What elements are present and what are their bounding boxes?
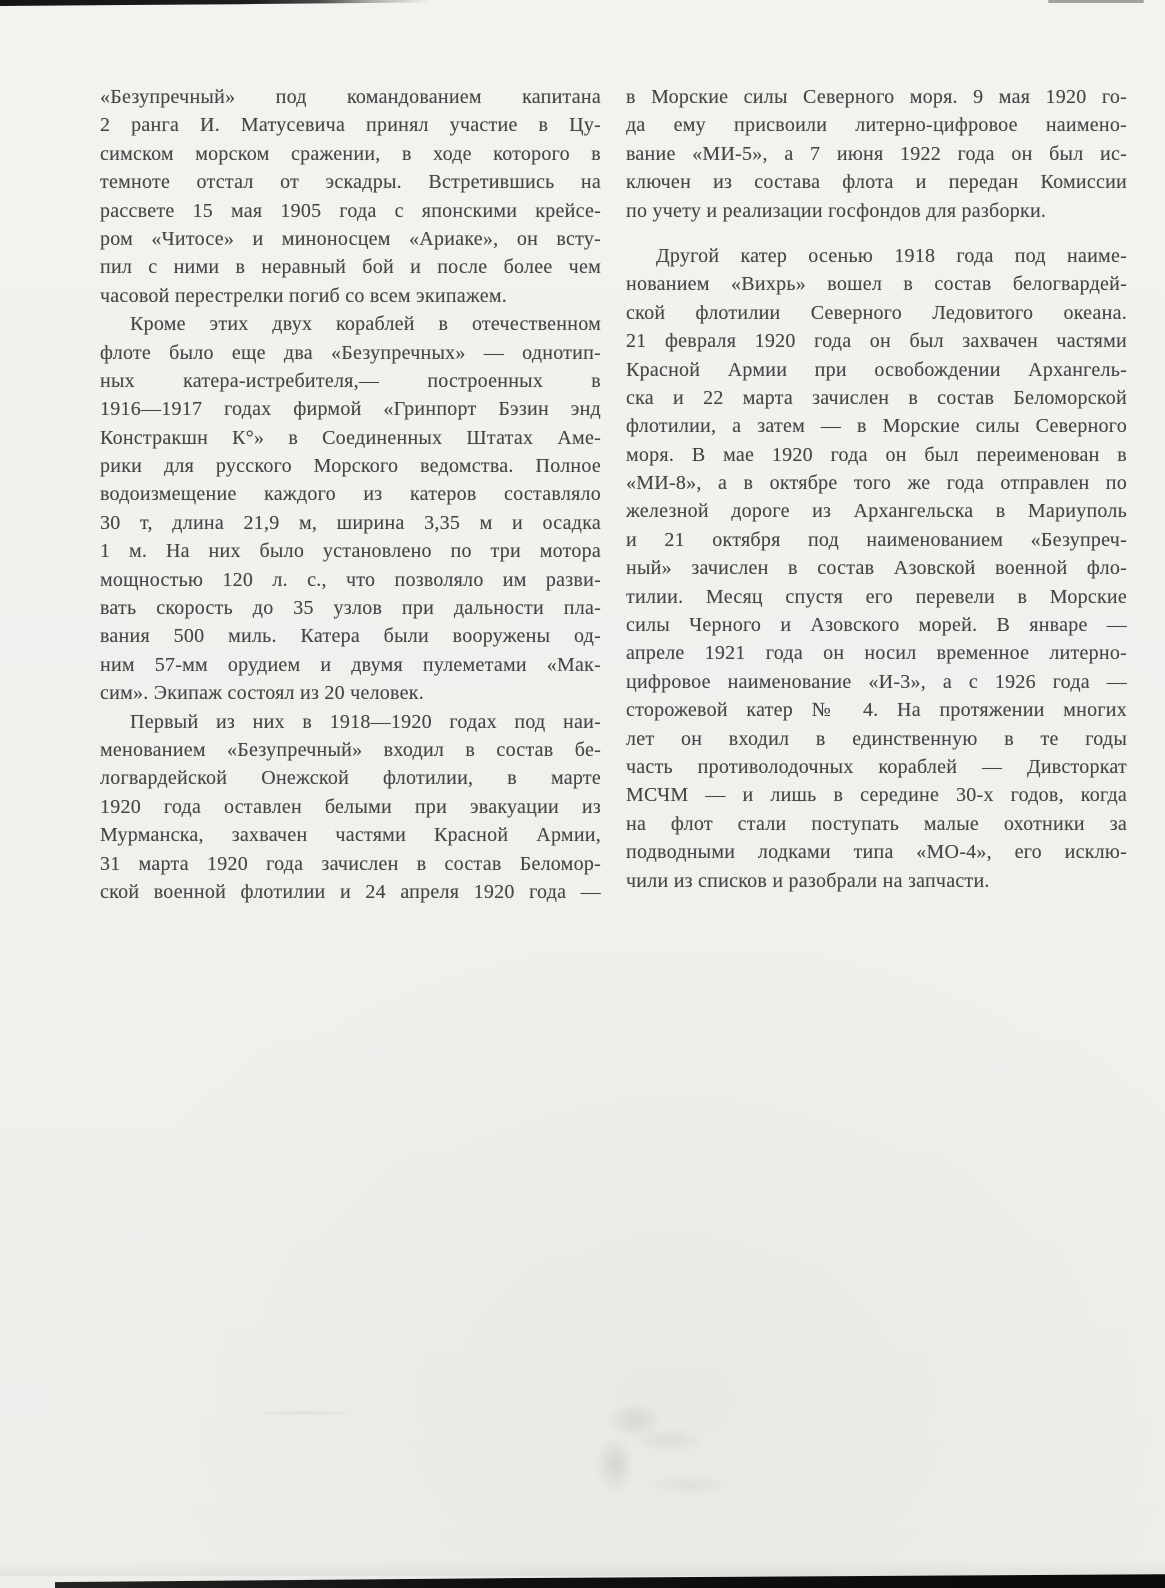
text-line: и 21 октября под наименованием «Безупреч… <box>626 526 1127 554</box>
text-line: Красной Армии при освобождении Архангель… <box>626 356 1127 384</box>
text-line: 2 ранга И. Матусевича принял участие в Ц… <box>100 111 601 139</box>
text-line: 1 м. На них было установлено по три мото… <box>100 537 601 565</box>
text-line: вать скорость до 35 узлов при дальности … <box>100 594 601 622</box>
paragraph: Кроме этих двух кораблей в отечественном… <box>100 310 601 707</box>
text-line: ключен из состава флота и передан Комисс… <box>626 168 1127 196</box>
text-line: рики для русского Морского ведомства. По… <box>100 452 601 480</box>
text-line: силы Черного и Азовского морей. В январе… <box>626 611 1127 639</box>
text-line: ской военной флотилии и 24 апреля 1920 г… <box>100 878 601 906</box>
text-line: 31 марта 1920 года зачислен в состав Бел… <box>100 850 601 878</box>
text-line: цифровое наименование «И-3», а с 1926 го… <box>626 668 1127 696</box>
text-line: логвардейской Онежской флотилии, в марте <box>100 764 601 792</box>
text-line: ской флотилии Северного Ледовитого океан… <box>626 299 1127 327</box>
text-line: 30 т, длина 21,9 м, ширина 3,35 м и осад… <box>100 509 601 537</box>
text-line: Первый из них в 1918—1920 годах под наи- <box>100 708 601 736</box>
text-line: часть противолодочных кораблей — Дивстор… <box>626 753 1127 781</box>
scanned-book-page: { "page": { "background": "#f1f0ed", "in… <box>0 0 1165 1588</box>
paragraph: в Морские силы Северного моря. 9 мая 192… <box>626 83 1127 225</box>
text-line: нованием «Вихрь» вошел в состав белогвар… <box>626 270 1127 298</box>
text-line: тилии. Месяц спустя его перевели в Морск… <box>626 583 1127 611</box>
pencil-smudge <box>540 1360 760 1510</box>
text-line: ним 57-мм орудием и двумя пулеметами «Ма… <box>100 651 601 679</box>
scan-edge-top-bar <box>0 0 432 6</box>
left-column: «Безупречный» под командованием капитана… <box>100 83 601 906</box>
text-line: ром «Читосе» и миноносцем «Ариаке», он в… <box>100 225 601 253</box>
text-line: Кроме этих двух кораблей в отечественном <box>100 310 601 338</box>
text-line: симском морском сражении, в ходе которог… <box>100 140 601 168</box>
text-line: рассвете 15 мая 1905 года с японскими кр… <box>100 197 601 225</box>
text-line: вание «МИ-5», а 7 июня 1922 года он был … <box>626 140 1127 168</box>
text-line: железной дороге из Архангельска в Мариуп… <box>626 497 1127 525</box>
right-column: в Морские силы Северного моря. 9 мая 192… <box>626 83 1127 895</box>
text-line: Констракшн К°» в Соединенных Штатах Аме- <box>100 424 601 452</box>
text-line: да ему присвоили литерно-цифровое наимен… <box>626 111 1127 139</box>
scan-fleck <box>218 1408 388 1418</box>
book-page: «Безупречный» под командованием капитана… <box>0 0 1165 1588</box>
text-line: ных катера-истребителя,— построенных в <box>100 367 601 395</box>
text-line: менованием «Безупречный» входил в состав… <box>100 736 601 764</box>
text-line: часовой перестрелки погиб со всем экипаж… <box>100 282 601 310</box>
text-line: вания 500 миль. Катера были вооружены од… <box>100 622 601 650</box>
text-line: подводными лодками типа «МО-4», его искл… <box>626 838 1127 866</box>
text-line: пил с ними в неравный бой и после более … <box>100 253 601 281</box>
scan-mark-top-right <box>1048 0 1144 3</box>
text-line: флоте было еще два «Безупречных» — однот… <box>100 339 601 367</box>
paragraph: Первый из них в 1918—1920 годах под наи-… <box>100 708 601 907</box>
text-line: 1920 года оставлен белыми при эвакуации … <box>100 793 601 821</box>
text-line: сим». Экипаж состоял из 20 человек. <box>100 679 601 707</box>
text-line: 1916—1917 годах фирмой «Гринпорт Бэзин э… <box>100 395 601 423</box>
text-line: 21 февраля 1920 года он был захвачен час… <box>626 327 1127 355</box>
scan-shadow-bottom <box>0 1560 1165 1576</box>
paragraph: «Безупречный» под командованием капитана… <box>100 83 601 310</box>
text-line: по учету и реализации госфондов для разб… <box>626 197 1127 225</box>
text-line: флотилии, а затем — в Морские силы Север… <box>626 412 1127 440</box>
text-line: чили из списков и разобрали на запчасти. <box>626 867 1127 895</box>
scan-edge-bottom-bar <box>55 1574 1165 1588</box>
text-line: ный» зачислен в состав Азовской военной … <box>626 554 1127 582</box>
text-line: сторожевой катер № 4. На протяжении мног… <box>626 696 1127 724</box>
text-line: моря. В мае 1920 года он был переименова… <box>626 441 1127 469</box>
text-line: МСЧМ — и лишь в середине 30-х годов, ког… <box>626 781 1127 809</box>
text-line: мощностью 120 л. с., что позволяло им ра… <box>100 566 601 594</box>
text-line: «Безупречный» под командованием капитана <box>100 83 601 111</box>
text-line: Другой катер осенью 1918 года под наиме- <box>626 242 1127 270</box>
text-line: апреле 1921 года он носил временное лите… <box>626 639 1127 667</box>
text-line: темноте отстал от эскадры. Встретившись … <box>100 168 601 196</box>
text-line: водоизмещение каждого из катеров составл… <box>100 480 601 508</box>
text-line: лет он входил в единственную в те годы <box>626 725 1127 753</box>
text-line: ска и 22 марта зачислен в состав Беломор… <box>626 384 1127 412</box>
text-line: в Морские силы Северного моря. 9 мая 192… <box>626 83 1127 111</box>
paragraph: Другой катер осенью 1918 года под наиме-… <box>626 242 1127 895</box>
text-line: Мурманска, захвачен частями Красной Арми… <box>100 821 601 849</box>
text-line: на флот стали поступать малые охотники з… <box>626 810 1127 838</box>
text-line: «МИ-8», а в октябре того же года отправл… <box>626 469 1127 497</box>
